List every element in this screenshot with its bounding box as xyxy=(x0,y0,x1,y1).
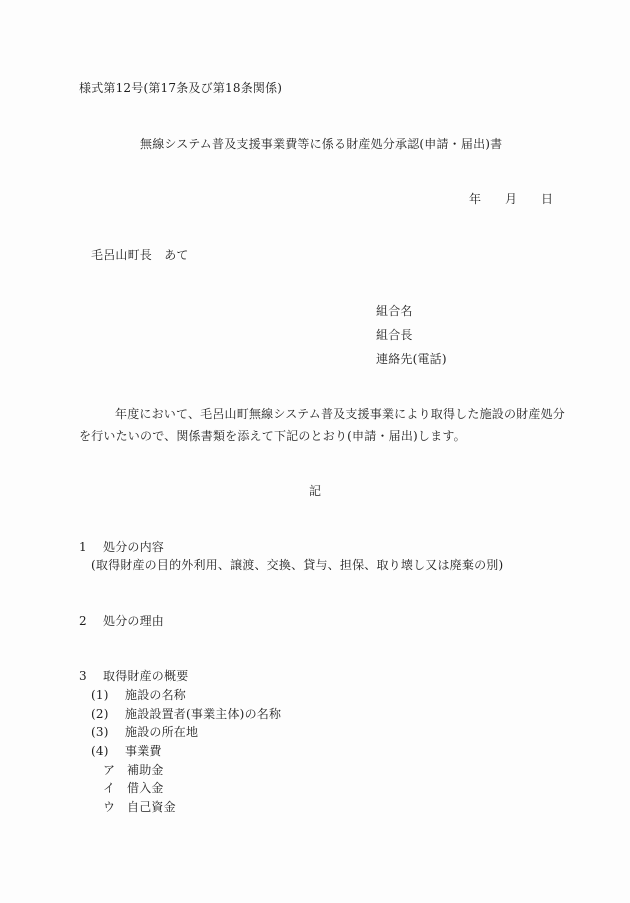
sub-list-item: ウ自己資金 xyxy=(103,801,176,813)
sub-list-item: イ借入金 xyxy=(103,782,164,794)
section-number: 2 xyxy=(79,615,103,627)
subitem-number: イ xyxy=(103,782,127,794)
item-label: 事業費 xyxy=(125,744,162,758)
section-1-heading: 1処分の内容 xyxy=(79,541,164,553)
item-label: 施設設置者(事業主体)の名称 xyxy=(125,707,281,721)
document-title: 無線システム普及支援事業費等に係る財産処分承認(申請・届出)書 xyxy=(140,138,502,150)
date-day-label: 日 xyxy=(541,193,553,205)
subitem-label: 自己資金 xyxy=(127,800,176,814)
org-head-label: 組合長 xyxy=(376,329,413,341)
section-title: 処分の理由 xyxy=(103,614,164,628)
section-1-note: (取得財産の目的外利用、譲渡、交換、貸与、担保、取り壊し又は廃棄の別) xyxy=(91,559,503,571)
section-2-heading: 2処分の理由 xyxy=(79,615,164,627)
section-title: 処分の内容 xyxy=(103,540,164,554)
org-name-label: 組合名 xyxy=(376,305,413,317)
item-label: 施設の名称 xyxy=(125,688,186,702)
section-title: 取得財産の概要 xyxy=(103,669,188,683)
item-number: (3) xyxy=(91,726,125,738)
subitem-number: ア xyxy=(103,764,127,776)
addressee: 毛呂山町長 あて xyxy=(91,249,189,261)
section-number: 1 xyxy=(79,541,103,553)
list-item: (1)施設の名称 xyxy=(91,689,186,701)
sub-list-item: ア補助金 xyxy=(103,764,164,776)
subitem-label: 借入金 xyxy=(127,781,164,795)
subitem-number: ウ xyxy=(103,801,127,813)
ki-heading: 記 xyxy=(309,485,321,497)
list-item: (4)事業費 xyxy=(91,745,162,757)
section-number: 3 xyxy=(79,670,103,682)
list-item: (2)施設設置者(事業主体)の名称 xyxy=(91,708,281,720)
body-text-line-2: を行いたいので、関係書類を添えて下記のとおり(申請・届出)します。 xyxy=(79,430,466,442)
body-text-line-1: 年度において、毛呂山町無線システム普及支援事業により取得した施設の財産処分 xyxy=(115,408,565,420)
item-number: (4) xyxy=(91,745,125,757)
item-number: (2) xyxy=(91,708,125,720)
contact-label: 連絡先(電話) xyxy=(376,353,447,365)
subitem-label: 補助金 xyxy=(127,763,164,777)
list-item: (3)施設の所在地 xyxy=(91,726,198,738)
form-number: 様式第12号(第17条及び第18条関係) xyxy=(79,82,282,94)
item-label: 施設の所在地 xyxy=(125,725,198,739)
date-month-label: 月 xyxy=(505,193,517,205)
section-3-heading: 3取得財産の概要 xyxy=(79,670,188,682)
item-number: (1) xyxy=(91,689,125,701)
date-year-label: 年 xyxy=(469,193,481,205)
